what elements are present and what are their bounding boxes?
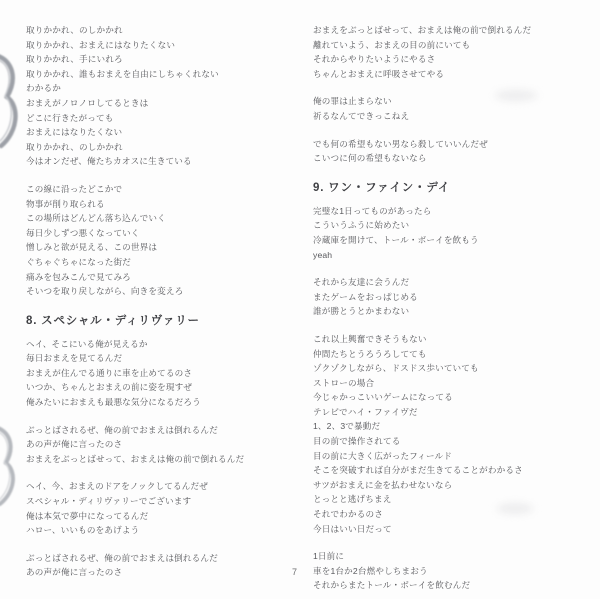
lyric-line: それからまたトール・ボーイを飲むんだ [313, 578, 598, 593]
lyric-line: 目の前に大きく広がったフィールド [313, 449, 598, 464]
lyric-line: ヘイ、そこにいる俺が見えるか [26, 337, 311, 352]
lyric-line: ぶっとばされるぜ、俺の前でおまえは倒れるんだ [26, 551, 311, 566]
lyric-line: 俺の罪は止まらない [313, 94, 598, 109]
lyric-stanza: 1日前に車を1台か2台燃やしちまおうそれからまたトール・ボーイを飲むんだ [313, 549, 598, 593]
lyric-line: 取りかかれ、手にいれろ [26, 52, 311, 67]
lyric-line: それでわかるのさ [313, 507, 598, 522]
lyric-line: この場所はどんどん落ち込んでいく [26, 211, 311, 226]
lyric-line: 毎日少しずつ悪くなっていく [26, 226, 311, 241]
lyrics-column-left: 取りかかれ、のしかかれ取りかかれ、おまえにはなりたくない取りかかれ、手にいれろ取… [26, 23, 311, 593]
booklet-page: 取りかかれ、のしかかれ取りかかれ、おまえにはなりたくない取りかかれ、手にいれろ取… [0, 0, 600, 599]
lyric-line: ちゃんとおまえに呼吸させてやる [313, 67, 598, 82]
lyric-line: あの声が俺に言ったのさ [26, 565, 311, 580]
lyric-stanza: ヘイ、そこにいる俺が見えるか毎日おまえを見てるんだおまえが住んでる通りに車を止め… [26, 337, 311, 410]
lyric-line: 物事が削り取られる [26, 197, 311, 212]
lyric-line: おまえをぶっとばせって、おまえは俺の前で倒れるんだ [26, 452, 311, 467]
lyric-line: 冷蔵庫を開けて、トール・ボーイを飲もう [313, 233, 598, 248]
lyric-line: 祈るなんてできっこねえ [313, 109, 598, 124]
lyric-line: この線に沿ったどこかで [26, 182, 311, 197]
lyric-line: いつか、ちゃんとおまえの前に姿を現すぜ [26, 380, 311, 395]
lyric-line: でも何の希望もない男なら殺していいんだぜ [313, 137, 598, 152]
song-title-heading: 8. スペシャル・ディリヴァリー [26, 312, 311, 328]
lyric-line: 痛みを包みこんで見てみろ [26, 270, 311, 285]
lyric-line: ヘイ、今、おまえのドアをノックしてるんだぜ [26, 479, 311, 494]
lyric-line: とっとと逃げちまえ [313, 492, 598, 507]
lyric-line: それから友達に会うんだ [313, 275, 598, 290]
lyric-line: そこを突破すれば自分がまだ生きてることがわかるさ [313, 463, 598, 478]
lyric-line: ゾクゾクしながら、ドスドス歩いていても [313, 361, 598, 376]
lyric-stanza: 俺の罪は止まらない祈るなんてできっこねえ [313, 94, 598, 123]
lyric-line: 今はオンだぜ、俺たちカオスに生きている [26, 154, 311, 169]
lyric-stanza: この線に沿ったどこかで物事が削り取られるこの場所はどんどん落ち込んでいく毎日少し… [26, 182, 311, 299]
lyric-line: 取りかかれ、おまえにはなりたくない [26, 38, 311, 53]
left-edge-ghost-curve-top-icon [0, 52, 23, 152]
lyric-line: これ以上興奮できそうもない [313, 332, 598, 347]
lyric-line: ぶっとばされるぜ、俺の前でおまえは倒れるんだ [26, 423, 311, 438]
lyric-line: 俺は本気で夢中になってるんだ [26, 509, 311, 524]
lyric-stanza: ぶっとばされるぜ、俺の前でおまえは倒れるんだあの声が俺に言ったのさおまえをぶっと… [26, 423, 311, 467]
lyric-line: こういうふうに始めたい [313, 218, 598, 233]
lyric-stanza: でも何の希望もない男なら殺していいんだぜこいつに何の希望もないなら [313, 137, 598, 166]
lyric-line: 車を1台か2台燃やしちまおう [313, 564, 598, 579]
lyric-stanza: ヘイ、今、おまえのドアをノックしてるんだぜスペシャル・ディリヴァリーでございます… [26, 479, 311, 537]
song-title-heading: 9. ワン・ファイン・デイ [313, 179, 598, 195]
lyric-line: サツがおまえに金を払わせないなら [313, 478, 598, 493]
lyric-line: ハロー、いいものをあげよう [26, 523, 311, 538]
lyric-line: おまえが住んでる通りに車を止めてるのさ [26, 366, 311, 381]
lyric-line: わかるか [26, 81, 311, 96]
lyric-line: 今じゃかっこいいゲームになってる [313, 390, 598, 405]
lyric-line: 離れていよう、おまえの目の前にいても [313, 38, 598, 53]
lyric-line: おまえをぶっとばせって、おまえは俺の前で倒れるんだ [313, 23, 598, 38]
lyric-line: あの声が俺に言ったのさ [26, 437, 311, 452]
page-number: 7 [292, 567, 297, 577]
lyric-line: 仲間たちとうろうろしてても [313, 347, 598, 362]
lyric-line: 目の前で操作されてる [313, 434, 598, 449]
lyric-line: ストローの場合 [313, 376, 598, 391]
lyric-stanza: それから友達に会うんだまたゲームをおっぱじめる誰が勝とうとかまわない [313, 275, 598, 319]
lyric-line: おまえがノロノロしてるときは [26, 96, 311, 111]
lyric-line: 取りかかれ、のしかかれ [26, 140, 311, 155]
left-edge-ghost-curve-bottom-icon [0, 424, 21, 510]
lyric-line: スペシャル・ディリヴァリーでございます [26, 494, 311, 509]
lyric-stanza: 完璧な1日ってものがあったらこういうふうに始めたい冷蔵庫を開けて、トール・ボーイ… [313, 204, 598, 262]
lyrics-column-right: おまえをぶっとばせって、おまえは俺の前で倒れるんだ離れていよう、おまえの目の前に… [313, 23, 598, 599]
lyric-stanza: おまえをぶっとばせって、おまえは俺の前で倒れるんだ離れていよう、おまえの目の前に… [313, 23, 598, 81]
lyric-line: ぐちゃぐちゃになった街だ [26, 255, 311, 270]
lyric-line: それからやりたいようにやるさ [313, 52, 598, 67]
lyric-line: またゲームをおっぱじめる [313, 290, 598, 305]
lyric-stanza: 取りかかれ、のしかかれ取りかかれ、おまえにはなりたくない取りかかれ、手にいれろ取… [26, 23, 311, 169]
lyric-line: 俺みたいにおまえも最悪な気分になるだろう [26, 395, 311, 410]
lyric-line: テレビでハイ・ファイヴだ [313, 405, 598, 420]
lyric-line: 誰が勝とうとかまわない [313, 304, 598, 319]
lyric-line: 取りかかれ、のしかかれ [26, 23, 311, 38]
lyric-line: 完璧な1日ってものがあったら [313, 204, 598, 219]
lyric-line: そいつを取り戻しながら、向きを変えろ [26, 284, 311, 299]
lyric-line: 1日前に [313, 549, 598, 564]
lyric-line: 今日はいい日だって [313, 522, 598, 537]
lyric-line: 毎日おまえを見てるんだ [26, 351, 311, 366]
lyric-line: こいつに何の希望もないなら [313, 151, 598, 166]
lyric-line: 取りかかれ、誰もおまえを自由にしちゃくれない [26, 67, 311, 82]
lyric-line: yeah [313, 248, 598, 263]
lyric-stanza: ぶっとばされるぜ、俺の前でおまえは倒れるんだあの声が俺に言ったのさ [26, 551, 311, 580]
lyric-line: おまえにはなりたくない [26, 125, 311, 140]
lyric-line: 1、2、3で暴動だ [313, 419, 598, 434]
lyric-stanza: これ以上興奮できそうもない仲間たちとうろうろしててもゾクゾクしながら、ドスドス歩… [313, 332, 598, 536]
lyric-line: 憎しみと欲が見える、この世界は [26, 240, 311, 255]
lyric-line: どこに行きたがっても [26, 111, 311, 126]
